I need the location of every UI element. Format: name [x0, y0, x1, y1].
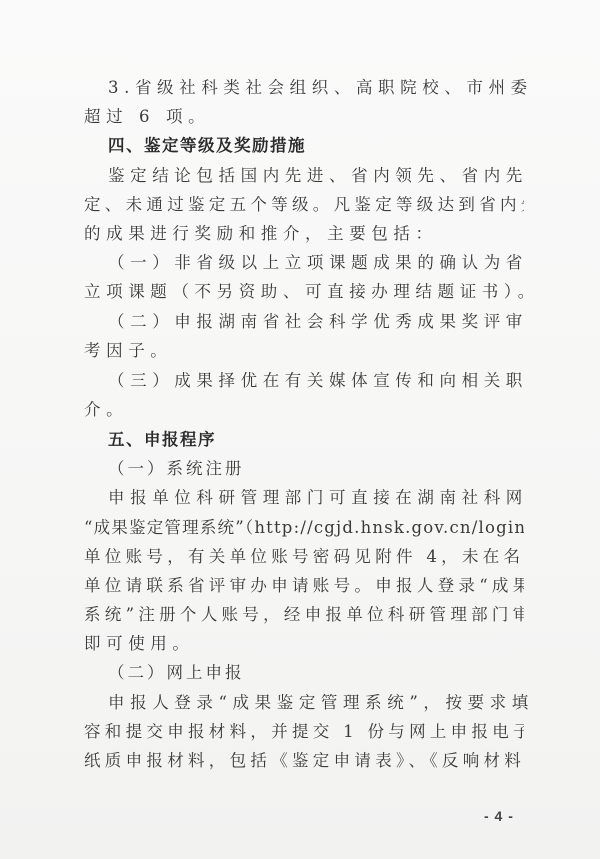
subsection-heading: （二）网上申报: [108, 658, 528, 687]
paragraph-line: 系统”注册个人账号，经申报单位科研管理部门审核通过后: [84, 600, 524, 629]
paragraph-line: 鉴定结论包括国内先进、省内领先、省内先进、通过鉴: [108, 161, 528, 190]
section-heading-5: 五、申报程序: [108, 425, 528, 454]
paragraph-line: 单位账号，有关单位账号密码见附件 4，未在名单中的申报: [84, 542, 524, 571]
page-number: - 4 -: [484, 808, 514, 824]
paragraph-line: （二）申报湖南省社会科学优秀成果奖评审时可作为参: [108, 307, 528, 336]
subsection-heading: （一）系统注册: [108, 454, 528, 483]
paragraph-line: 申报单位科研管理部门可直接在湖南社科网官网内的: [108, 483, 528, 512]
paragraph-line: 定、未通过鉴定五个等级。凡鉴定等级达到省内先进及以上: [84, 190, 524, 219]
document-page: 3.省级社科类社会组织、高职院校、市州委党校申报不 超过 6 项。 四、鉴定等级…: [0, 0, 600, 859]
paragraph-line: 立项课题（不另资助、可直接办理结题证书）。: [84, 277, 524, 306]
paragraph-line: 3.省级社科类社会组织、高职院校、市州委党校申报不: [108, 73, 528, 102]
paragraph-line: 单位请联系省评审办申请账号。申报人登录“成果鉴定管理: [84, 571, 524, 600]
paragraph-line: （一）非省级以上立项课题成果的确认为省社科评审委: [108, 248, 528, 277]
paragraph-line: 申报人登录“成果鉴定管理系统”，按要求填写相关内: [108, 688, 528, 717]
paragraph-line: 介。: [84, 395, 524, 424]
paragraph-line: （三）成果择优在有关媒体宣传和向相关职能部门推: [108, 366, 528, 395]
paragraph-line: 的成果进行奖励和推介，主要包括：: [84, 219, 524, 248]
section-heading-4: 四、鉴定等级及奖励措施: [108, 131, 528, 160]
paragraph-line: 超过 6 项。: [84, 102, 524, 131]
paragraph-line-with-url: “成果鉴定管理系统”（http://cgjd.hnsk.gov.cn/login…: [84, 513, 524, 542]
paragraph-line: 纸质申报材料，包括《鉴定申请表》、《反响材料表》（直: [84, 746, 524, 775]
paragraph-line: 考因子。: [84, 336, 524, 365]
paragraph-line: 即可使用。: [84, 629, 524, 658]
paragraph-line: 容和提交申报材料，并提交 1 份与网上申报电子材料一致的: [84, 717, 524, 746]
